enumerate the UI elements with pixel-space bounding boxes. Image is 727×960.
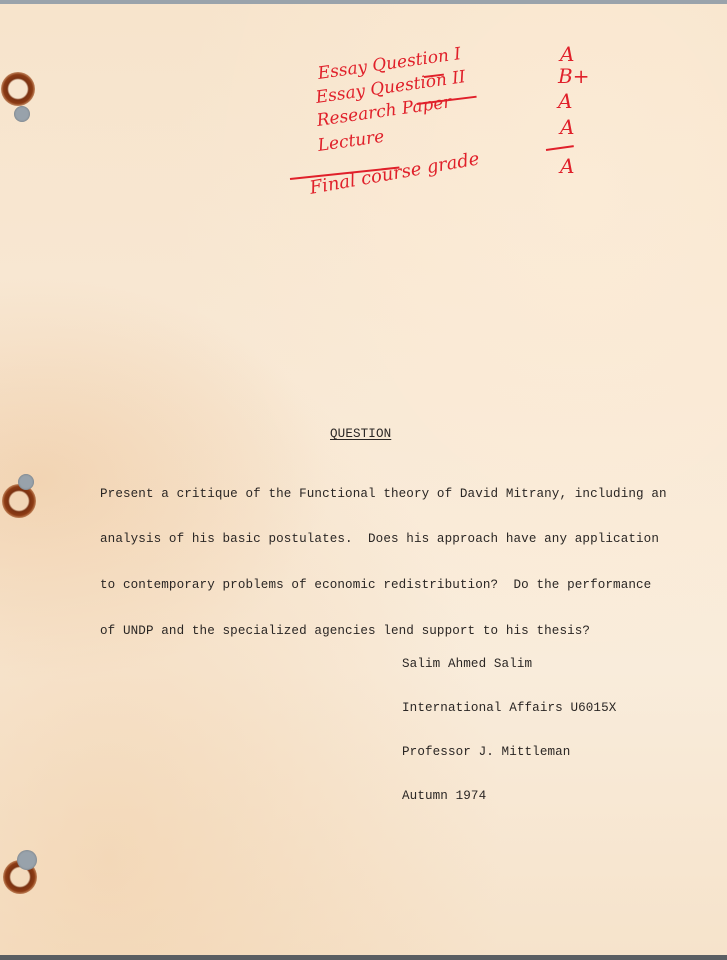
grade-divider-line <box>546 145 574 151</box>
grade-value-research-paper: A <box>558 91 572 111</box>
final-grade-value: A <box>560 156 574 176</box>
question-line: to contemporary problems of economic red… <box>100 578 667 593</box>
rust-stain <box>2 484 36 518</box>
rust-stain <box>1 72 35 106</box>
student-name: Salim Ahmed Salim <box>402 657 616 672</box>
punch-hole-top <box>3 74 33 104</box>
question-heading: QUESTION <box>330 427 391 441</box>
question-line: analysis of his basic postulates. Does h… <box>100 532 667 547</box>
scan-bottom-edge <box>0 955 727 960</box>
hole-icon <box>17 850 37 870</box>
professor-name: Professor J. Mittleman <box>402 745 616 760</box>
paper-page: Essay Question I Essay Question II Resea… <box>0 4 727 955</box>
grade-value-essay-1: A <box>560 44 574 64</box>
term: Autumn 1974 <box>402 789 616 804</box>
hole-icon <box>18 474 34 490</box>
signature-block: Salim Ahmed Salim International Affairs … <box>402 628 616 832</box>
course-name: International Affairs U6015X <box>402 701 616 716</box>
hole-icon <box>14 106 30 122</box>
question-line: Present a critique of the Functional the… <box>100 487 667 502</box>
final-grade-label: Final course grade <box>308 150 480 198</box>
grade-value-essay-2: B+ <box>558 66 589 86</box>
punch-hole-bottom <box>5 862 35 892</box>
grade-label-lecture: Lecture <box>317 129 386 155</box>
punch-hole-middle <box>4 486 34 516</box>
grade-value-lecture: A <box>560 117 574 137</box>
